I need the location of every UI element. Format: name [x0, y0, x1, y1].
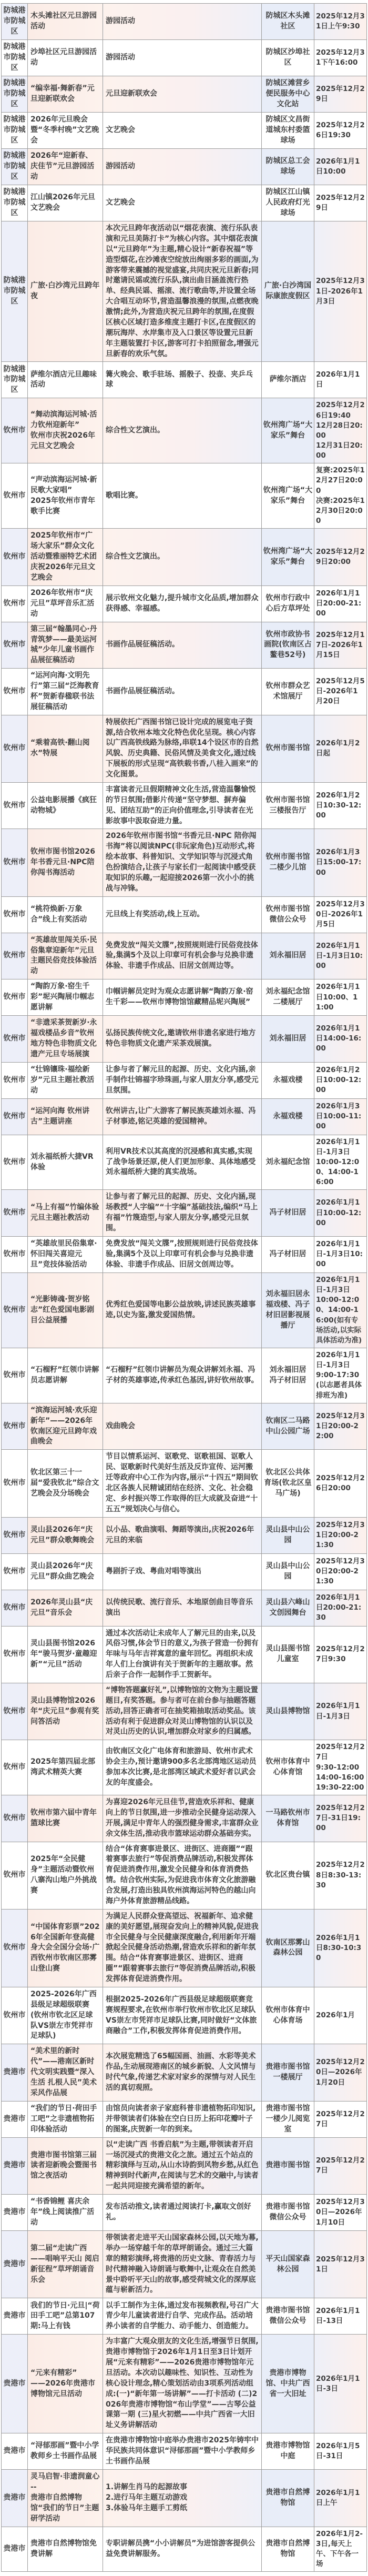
cell-region: 防城港市防城区: [2, 40, 28, 76]
cell-venue: 防城区总工会球场: [262, 149, 314, 185]
cell-content: 书画作品展征稿活动。: [103, 669, 262, 715]
cell-region: 贵港市: [2, 2137, 28, 2194]
table-row: 钦州市“乘着高铁·翻山阅水”特展特展依托广西图书馆已设计完成的展览电子资源,结合…: [2, 715, 367, 782]
cell-region: 钦州市: [2, 1683, 28, 1740]
cell-content: 免费发放“闯关文牒”,按照规则进行民俗竞技体验,集满5个及以上印章可有机会参与兑…: [103, 933, 262, 979]
cell-time: 2025年12月27日: [314, 2137, 367, 2194]
table-row: 钦州市2026年灵山县“庆元旦”音乐会以传统民歌、流行音乐、本地原创曲目等音乐演…: [2, 1590, 367, 1626]
table-row: 钦州市刘永福纸桥大捷VR体验利用VR技术以其高度的沉浸感和真实感,实现了战争场景…: [2, 1135, 367, 1190]
cell-venue: 钦州市体育中心体育场: [262, 1987, 314, 2044]
cell-content: 带领读者走进平天山国家森林公园,以天地为幕,举办一场穿越千年的草坪朗诵会。通过三…: [103, 2231, 262, 2298]
cell-title: 钦州市第六届中青年篮球比赛: [28, 1795, 103, 1842]
cell-title: 2025年第四届北部湾武术精英大赛: [28, 1740, 103, 1795]
cell-time: 2026年1月3日15:00-17:00: [314, 829, 367, 896]
cell-content: 歌唱比赛。: [103, 463, 262, 529]
cell-content: 元旦迎新联欢会: [103, 76, 262, 113]
cell-content: 利用VR技术以其高度的沉浸感和真实感,实现了战争场景还原,使人们更加形象、具体地…: [103, 1135, 262, 1190]
cell-content: 本次元旦跨年夜活动以“烟花表演、流行乐队表演和元旦美陈打卡”为核心内容。其中烟花…: [103, 221, 262, 362]
cell-time: 2026年1月1日-13日: [314, 2298, 367, 2335]
cell-venue: 钦州市行政中心后方草坪处: [262, 585, 314, 622]
cell-region: 钦州市: [2, 1795, 28, 1842]
cell-title: 木头滩社区元旦游园活动: [28, 4, 103, 40]
table-row: 钦州市“光影铸魂·贺岁铭志”红色爱国电影剧目公益展播优秀红色爱国等电影公益放映,…: [2, 1272, 367, 1348]
cell-venue: 贵港市自然博物馆: [262, 2527, 314, 2572]
events-table-body: 防城港市防城区木头滩社区元旦游园活动游园活动防城区木头滩社区2025年12月31…: [2, 4, 367, 2572]
cell-title: 2026年“迎新春、庆佳节”元旦游园活动: [28, 149, 103, 185]
table-row: 贵港市贵港市图书馆第三届读者迎新晚会暨图书馆之夜活动以“走读广西 书香启航”为主…: [2, 2137, 367, 2194]
cell-region: 钦州市: [2, 1272, 28, 1348]
cell-content: 由馆员向读者亲子家庭科普非遗植物拓印知识,并带领读者们体验在空白日历上拓印花瓣叶…: [103, 2101, 262, 2137]
cell-content: 弘扬民族传统文化,邀请钦州非遗名家进行地方特色非物质文化遗产采茶戏展演。: [103, 1016, 262, 1063]
table-row: 钦州市“英雄故里民俗集章·怀旧闯关喜迎元旦”竞技体验活动免费发放“闯关文牒”,按…: [2, 1236, 367, 1272]
cell-venue: 冯子材旧居: [262, 1236, 314, 1272]
cell-title: 沙埠社区元旦游园活动: [28, 40, 103, 76]
cell-content: 特展依托广西图书馆已设计完成的展览电子资源,结合钦州本地文化特色优化呈现。核心内…: [103, 715, 262, 782]
cell-venue: 贵港市图书馆微信公众号: [262, 2195, 314, 2231]
cell-venue: 钦州市体育中心体育馆: [262, 1740, 314, 1795]
cell-venue: 刘永福纪念馆二楼展厅: [262, 979, 314, 1016]
cell-content: 篝火晚会、歌手驻场、摇骰子、投壶、夹乒乓球: [103, 362, 262, 398]
cell-title: 公益电影展播《疯狂动物城》: [28, 782, 103, 829]
cell-time: 2025年12月30日-2026年1月5日: [314, 896, 367, 933]
table-row: 钦州市2025-2026年广西县级足球超级联赛 (钦州市钦北区足球队VS崇左市凭…: [2, 1987, 367, 2044]
cell-venue: 防城区木头滩社区: [262, 4, 314, 40]
cell-title: 2025年钦州市“广场大家乐”群众文化活动暨雅丽特艺术团庆祝2026年元旦文艺晚…: [28, 529, 103, 585]
cell-region: 防城港市防城区: [2, 221, 28, 362]
cell-region: 钦州市: [2, 529, 28, 585]
cell-title: “书香锦鲤 喜庆余年”线上阅读推广活动: [28, 2195, 103, 2231]
cell-venue: 刘永福旧居 冯子材旧居: [262, 1348, 314, 1403]
table-row: 防城港市防城区广旅·白沙湾元旦跨年夜本次元旦跨年夜活动以“烟花表演、流行乐队表演…: [2, 221, 367, 362]
cell-title: “乘着高铁·翻山阅水”特展: [28, 715, 103, 782]
cell-title: “滨海运河城·欢乐迎新年”——2026年钦南区迎元旦跨年戏曲晚会: [28, 1403, 103, 1450]
cell-content: 书画作品展征稿活动。: [103, 622, 262, 669]
cell-region: 钦州市: [2, 1098, 28, 1135]
cell-time: 2026年1月1日-1月3日 10:00-12:00、14:00-16:00: [314, 1135, 367, 1190]
cell-venue: 贵港市图书馆微信公众号: [262, 2298, 314, 2335]
cell-venue: 贵港市自然博物馆: [262, 2470, 314, 2527]
cell-time: 2025年12月27日-31日19:00: [314, 1795, 367, 1842]
cell-title: “英雄故里民俗集章·怀旧闯关喜迎元旦”竞技体验活动: [28, 1236, 103, 1272]
cell-time: 2025年12月27日 9:30-12:00 14:00-16:00 19:30…: [314, 1740, 367, 1795]
table-row: 钦州市灵山县2026年“庆元旦”群众曲艺晚会粤剧折子戏、粤曲对唱等演出灵山县中山…: [2, 1553, 367, 1590]
cell-venue: 贵港市图书馆一楼展厅: [262, 2044, 314, 2101]
cell-region: 贵港市: [2, 2195, 28, 2231]
table-row: 钦州市“运河向海 钦州讲古”主题讲座钦州讲古,让广大游客了解民族英雄刘永福、冯子…: [2, 1098, 367, 1135]
events-table: 防城港市防城区木头滩社区元旦游园活动游园活动防城区木头滩社区2025年12月31…: [1, 3, 367, 2572]
table-row: 钦州市“中国体育彩票”2026年全国新年登高健身大会全国分会场·广西钦州市钦南区…: [2, 1909, 367, 1987]
cell-title: “马上有福”竹编体验元旦主题社教活动: [28, 1190, 103, 1237]
cell-time: 2025年12月26日20:00: [314, 1450, 367, 1517]
cell-title: 我们的节日·元旦|“荷田手工吧”总第107期:马上有钱: [28, 2298, 103, 2335]
cell-region: 钦州市: [2, 1236, 28, 1272]
cell-time: 2025年12月31下午16:00: [314, 40, 367, 76]
table-row: 防城港市防城区2026年“迎新春、庆佳节”元旦游园活动游园活动防城区总工会球场2…: [2, 149, 367, 185]
cell-content: 为喜迎2026年元旦佳节,营造欢乐祥和、健康向上的节日氛围,进一步推动全民健身运…: [103, 1795, 262, 1842]
cell-content: 文艺晚会: [103, 185, 262, 221]
cell-time: 2026年1月1日20:00-21:30: [314, 1590, 367, 1626]
cell-region: 钦州市: [2, 1135, 28, 1190]
cell-title: 钦州市图书馆2026年书香元旦·NPC陪你闯书海活动: [28, 829, 103, 896]
cell-region: 贵港市: [2, 2044, 28, 2101]
cell-time: 2025年12月26日19:30: [314, 113, 367, 149]
cell-time: 2026年1月3日10:00-11:00: [314, 1098, 367, 1135]
cell-region: 钦州市: [2, 829, 28, 896]
table-row: 钦州市“桃符焕新·万象合”线上有奖活动元旦线上有奖活动,线上互动。钦州市图书馆微…: [2, 896, 367, 933]
cell-region: 钦州市: [2, 1190, 28, 1237]
cell-title: “英雄故里闯关乐·民俗集章迎新年”元旦主题民俗竞技体验活动: [28, 933, 103, 979]
cell-venue: 刘永福旧居: [262, 1016, 314, 1063]
cell-venue: 钦州市图书馆三楼报告厅: [262, 782, 314, 829]
cell-venue: 钦州市图书馆微信公众号: [262, 896, 314, 933]
cell-title: “我们的节日·荷田手工吧”之非遗植物拓印体验活动: [28, 2101, 103, 2137]
cell-title: 灵山县博物馆2026年“庆元旦”参观有奖问答活动: [28, 1683, 103, 1740]
table-row: 钦州市“壮锦镶珠·福绘新岁”元旦主题社教活动让参与者了解元旦的起源、历史、文化内…: [2, 1062, 367, 1098]
cell-region: 钦州市: [2, 1553, 28, 1590]
cell-title: 2026年灵山县“庆元旦”音乐会: [28, 1590, 103, 1626]
cell-title: “舞动滨海运河城·活力钦州迎新年” 钦州市庆祝2026年元旦文艺晚会: [28, 398, 103, 463]
cell-region: 钦州市: [2, 463, 28, 529]
table-row: 防城港市防城区“编幸福·舞新春”元旦迎新联欢会元旦迎新联欢会防城区滩营乡便民服务…: [2, 76, 367, 113]
cell-title: 贵港市图书馆第三届读者迎新晚会暨图书馆之夜活动: [28, 2137, 103, 2194]
cell-content: 为满足人民群众登高望远、祝福新年、追求健康的美好愿望,展现奋发向上的精神风貌,促…: [103, 1909, 262, 1987]
cell-region: 钦州市: [2, 896, 28, 933]
table-row: 钦州市钦州市第六届中青年篮球比赛为喜迎2026年元旦佳节,营造欢乐祥和、健康向上…: [2, 1795, 367, 1842]
cell-content: 以小品、歌曲演唱、舞蹈等演出,庆祝2026年元旦的来临: [103, 1517, 262, 1553]
cell-venue: 永福戏楼: [262, 1098, 314, 1135]
cell-title: 2026年钦州市“庆元旦”草坪音乐汇活动: [28, 585, 103, 622]
cell-title: 江山镇2026年元旦文艺晚会: [28, 185, 103, 221]
cell-content: 文艺晚会: [103, 113, 262, 149]
cell-venue: 灵山县六峰山文创园舞台: [262, 1590, 314, 1626]
cell-content: 优秀红色爱国等电影公益放映,讲述民族英雄事迹,以史为鉴,激发爱国热情。: [103, 1272, 262, 1348]
cell-content: 让参与者了解元旦的起源、历史、文化内涵,亲手制作壮锦福字珍珠画,与家人朋友分享,…: [103, 1062, 262, 1098]
cell-content: 2026年钦州市图书馆“书香元旦·NPC 陪你闯书海”将以阅读NPC(非玩家角色…: [103, 829, 262, 896]
cell-time: 2026年1月1日20:00-21:00: [314, 585, 367, 622]
cell-venue: 刘永福旧居永福戏楼、冯子材旧居影视展播厅: [262, 1272, 314, 1348]
table-row: 贵港市“元来有精彩” ——2026年贵港市博物馆元旦活动为丰富广大观众朋友的文化…: [2, 2335, 367, 2433]
table-row: 钦州市2025年钦州市“广场大家乐”群众文化活动暨雅丽特艺术团庆祝2026年元旦…: [2, 529, 367, 585]
table-row: 钦州市“舞动滨海运河城·活力钦州迎新年” 钦州市庆祝2026年元旦文艺晚会综合性…: [2, 398, 367, 463]
table-row: 钦州市“运河向海·文明先行”第三届“泛海教育杯”贺新春楹联书法展征稿活动书画作品…: [2, 669, 367, 715]
cell-region: 钦州市: [2, 1740, 28, 1795]
cell-venue: 防城区滩营乡便民服务中心文化站: [262, 76, 314, 113]
cell-venue: 钦北区贵台镇: [262, 1842, 314, 1909]
table-row: 钦州市钦州市图书馆2026年书香元旦·NPC陪你闯书海活动2026年钦州市图书馆…: [2, 829, 367, 896]
cell-time: 2025年12月31日-2026年1月3日: [314, 221, 367, 362]
table-row: 防城港市防城区沙埠社区元旦游园活动游园活动防城区沙埠社区2025年12月31下午…: [2, 40, 367, 76]
cell-venue: 钦州湾广场“大家乐”舞台: [262, 463, 314, 529]
cell-venue: 钦北区公共体育场(钦北区皇马广场): [262, 1450, 314, 1517]
cell-content: 专职讲解员携“小小讲解员”为进馆游客提供公益免费讲解服务。: [103, 2527, 262, 2572]
table-row: 钦州市2025年“全民健身”主题活动暨钦州八寨沟山地户外挑战赛结合“体育赛事进景…: [2, 1842, 367, 1909]
cell-venue: 防城区江山镇人民政府灯光球场: [262, 185, 314, 221]
cell-venue: 贵港市图书馆一楼少儿阅览室: [262, 2101, 314, 2137]
cell-venue: 灵山县博物馆: [262, 1683, 314, 1740]
cell-venue: 防城区沙埠社区: [262, 40, 314, 76]
cell-venue: 灵山县图书馆儿童室: [262, 1626, 314, 1683]
cell-content: 以手工制作为主体,通过发布视频教程,号召广大青少年儿童读者进行自学、完成作品。活…: [103, 2298, 262, 2335]
cell-venue: 贵港市博物馆中庭: [262, 2433, 314, 2470]
cell-venue: 广旅·白沙湾国际康旅度假区: [262, 221, 314, 362]
cell-region: 贵港市: [2, 2231, 28, 2298]
cell-venue: 钦南区那雾山森林公园: [262, 1909, 314, 1987]
cell-region: 钦州市: [2, 1909, 28, 1987]
cell-region: 钦州市: [2, 1626, 28, 1683]
cell-title: “光影铸魂·贺岁铭志”红色爱国电影剧目公益展播: [28, 1272, 103, 1348]
table-row: 钦州市第三届“翰墨同心·丹青筑梦——最美运河城”少年儿童书画作品展征稿活动书画作…: [2, 622, 367, 669]
cell-content: 游园活动: [103, 149, 262, 185]
table-row: 贵港市我们的节日·元旦|“荷田手工吧”总第107期:马上有钱以手工制作为主体,通…: [2, 2298, 367, 2335]
cell-content: 根据2025-2026年广西县级足球超级联赛竞赛规程要求,在钦州市举行钦州市钦北…: [103, 1987, 262, 2044]
cell-time: 2025年12月29日20:00: [314, 529, 367, 585]
cell-content: 戏曲晚会: [103, 1403, 262, 1450]
cell-title: “编幸福·舞新春”元旦迎新联欢会: [28, 76, 103, 113]
cell-content: 节目以情系运河、讴歌党、讴歌祖国、讴歌人民、讴歌新时代美好生活及反诈宣传、运河搬…: [103, 1450, 262, 1517]
cell-time: 2026年1月2日起: [314, 715, 367, 782]
cell-title: 2026年元旦晚会暨“冬季村晚”文艺晚会: [28, 113, 103, 149]
cell-title: 第三届“翰墨同心·丹青筑梦——最美运河城”少年儿童书画作品展征稿活动: [28, 622, 103, 669]
cell-content: 钦州讲古,让广大游客了解民族英雄刘永福、冯子材事迹,铭记英雄的爱国精神。: [103, 1098, 262, 1135]
cell-title: “运河向海·文明先行”第三届“泛海教育杯”贺新春楹联书法展征稿活动: [28, 669, 103, 715]
cell-content: “石榴籽”红领巾讲解员为观众讲解刘永福、冯子材的英雄事迹,传承红色基因,讲好钦州…: [103, 1348, 262, 1403]
cell-region: 贵港市: [2, 2470, 28, 2527]
cell-content: 在贵港市博物馆中庭举办贵港市2025年铸牢中华民族共同体意识“浔郁那画”暨中小学…: [103, 2433, 262, 2470]
cell-content: 综合性文艺演出。: [103, 529, 262, 585]
table-row: 防城港市防城区木头滩社区元旦游园活动游园活动防城区木头滩社区2025年12月31…: [2, 4, 367, 40]
cell-time: 2025年12月31日20:00-22:00: [314, 1403, 367, 1450]
cell-region: 防城港市防城区: [2, 113, 28, 149]
cell-region: 钦州市: [2, 622, 28, 669]
cell-region: 钦州市: [2, 1348, 28, 1403]
cell-time: 2025年12月27日: [314, 2101, 367, 2137]
cell-time: 2026年1月1日-1月3日10:00: [314, 933, 367, 979]
cell-venue: 萨维尔酒店: [262, 362, 314, 398]
cell-content: 展示钦州文化魅力,提升城市文化品质,增加群众获得感、幸福感。: [103, 585, 262, 622]
cell-time: 2025年12月26日19:40 12月28日20:00 12月31日20:00: [314, 398, 367, 463]
cell-content: 让参与者了解元旦的起源、历史、文化内涵,现场教授“人字编”“十字编”基础技法,编…: [103, 1190, 262, 1237]
cell-title: “美术里的新时代”——港南区新时代文明实践暨“深入生活 扎根人民”美术采风作品展: [28, 2044, 103, 2101]
table-row: 贵港市“浔郁那画”暨中小学教师乡土书画作品展在贵港市博物馆中庭举办贵港市2025…: [2, 2433, 367, 2470]
cell-title: 灵山县图书馆2026年“骏马贺岁·童趣迎新”“元旦”活动: [28, 1626, 103, 1683]
cell-venue: 刘永福纪念馆: [262, 1135, 314, 1190]
table-row: 钦州市“陶韵万象·窑生千彩”坭兴陶展巾帼志愿讲解巾帼讲解员定时为观众志愿讲解“陶…: [2, 979, 367, 1016]
cell-title: 贵港市自然博物馆免费讲解: [28, 2527, 103, 2572]
cell-time: 2025年12月31日: [314, 2231, 367, 2298]
cell-region: 钦州市: [2, 669, 28, 715]
table-row: 贵港市“书香锦鲤 喜庆余年”线上阅读推广活动发布活动推文,读者通过阅读打卡,赢取…: [2, 2195, 367, 2231]
table-row: 钦州市“滨海运河城·欢乐迎新年”——2026年钦南区迎元旦跨年戏曲晚会戏曲晚会钦…: [2, 1403, 367, 1450]
cell-region: 钦州市: [2, 1016, 28, 1063]
cell-content: 1.讲解生肖马的起源故事 2.进行马年主题互动游戏 3.体验马年主题手工剪纸: [103, 2470, 262, 2527]
cell-time: 2026年1月5日-31日: [314, 2433, 367, 2470]
cell-title: “运河向海 钦州讲古”主题讲座: [28, 1098, 103, 1135]
cell-time: 2025年12月29日: [314, 76, 367, 113]
cell-title: “桃符焕新·万象合”线上有奖活动: [28, 896, 103, 933]
table-row: 钦州市“石榴籽”红领巾讲解员志愿讲解“石榴籽”红领巾讲解员为观众讲解刘永福、冯子…: [2, 1348, 367, 1403]
cell-region: 贵港市: [2, 2101, 28, 2137]
cell-title: “中国体育彩票”2026年全国新年登高健身大会全国分会场·广西钦州市钦南区那雾山…: [28, 1909, 103, 1987]
cell-title: “浔郁那画”暨中小学教师乡土书画作品展: [28, 2433, 103, 2470]
cell-time: 2026年1月1日-1月3日10:00: [314, 1236, 367, 1272]
table-row: 贵港市“美术里的新时代”——港南区新时代文明实践暨“深入生活 扎根人民”美术采风…: [2, 2044, 367, 2101]
cell-time: 2026年1月1日-1月3日 9:00-17:30(以志愿者具体排班为准): [314, 1348, 367, 1403]
cell-region: 防城港市防城区: [2, 149, 28, 185]
table-row: 钦州市2025年第四届北部湾武术精英大赛由钦南区文化广电体育和旅游局、钦州市武术…: [2, 1740, 367, 1795]
table-row: 防城港市防城区2026年元旦晚会暨“冬季村晚”文艺晚会文艺晚会防城区文昌街道城东…: [2, 113, 367, 149]
table-row: 钦州市灵山县博物馆2026年“庆元旦”参观有奖问答活动“博物答题赢好礼”,以博物…: [2, 1683, 367, 1740]
cell-time: 2025年12月31日20:00-21:30: [314, 1517, 367, 1553]
cell-venue: 一马路钦州市体育馆: [262, 1795, 314, 1842]
cell-region: 钦州市: [2, 1590, 28, 1626]
cell-time: 2026年1月1日10:00、11:00: [314, 979, 367, 1016]
cell-title: 灵马启智·非遗润童心 -- 贵港市自然博物馆“我们的节日”主题研学活动: [28, 2470, 103, 2527]
cell-time: 2025年12月31日上午9:30: [314, 4, 367, 40]
cell-venue: 钦州市图书馆二楼少儿馆: [262, 829, 314, 896]
cell-content: 游园活动: [103, 4, 262, 40]
cell-content: 以传统民歌、流行音乐、本地原创曲目等音乐演出: [103, 1590, 262, 1626]
cell-content: 综合性文艺演出。: [103, 398, 262, 463]
cell-region: 钦州市: [2, 979, 28, 1016]
table-row: 钦州市“英雄故里闯关乐·民俗集章迎新年”元旦主题民俗竞技体验活动免费发放“闯关文…: [2, 933, 367, 979]
cell-venue: 防城区文昌街道城东村委篮球场: [262, 113, 314, 149]
cell-title: 钦北区第三十一届“爱我钦北”综合文艺晚会及分场晚会: [28, 1450, 103, 1517]
cell-content: 丰富读者元旦假期精神文化生活,营造温馨愉悦的节日氛围;借影片传递“坚守梦想、摒弃…: [103, 782, 262, 829]
cell-time: 2026年1月1日-3日: [314, 2335, 367, 2433]
cell-time: 2025年12月30日20:00-21:30: [314, 1553, 367, 1590]
cell-content: 游园活动: [103, 40, 262, 76]
cell-time: 2026年1月1日10:00-12:00: [314, 1190, 367, 1237]
cell-time: 2026年1月1日上午: [314, 2470, 367, 2527]
cell-venue: 钦州市群众艺术馆展厅: [262, 669, 314, 715]
cell-time: 复赛:2025年12月27日20:00 决赛:2025年12月30日20:00: [314, 463, 367, 529]
events-schedule-page: 防城港市防城区木头滩社区元旦游园活动游园活动防城区木头滩社区2025年12月31…: [0, 0, 368, 2576]
cell-content: 本次展览精选了65幅国画、油画、水彩等美术作品,生动展现港南区的城乡新貌、人文风…: [103, 2044, 262, 2101]
table-row: 钦州市“声动滨海运河城·新民歌大家唱” 2025年钦州市青年歌手比赛歌唱比赛。钦…: [2, 463, 367, 529]
cell-time: 2026年1月1日: [314, 362, 367, 398]
cell-content: 发布活动推文,读者通过阅读打卡,赢取文创好礼。: [103, 2195, 262, 2231]
cell-time: 2026年1月: [314, 1987, 367, 2044]
table-row: 钦州市公益电影展播《疯狂动物城》丰富读者元旦假期精神文化生活,营造温馨愉悦的节日…: [2, 782, 367, 829]
cell-region: 贵港市: [2, 2335, 28, 2433]
table-row: 钦州市2026年钦州市“庆元旦”草坪音乐汇活动展示钦州文化魅力,提升城市文化品质…: [2, 585, 367, 622]
cell-venue: 贵港市博物馆、中共广西省一大旧址: [262, 2335, 314, 2433]
cell-region: 钦州市: [2, 1450, 28, 1517]
cell-time: 2026年1月1日14:00-16:00: [314, 1016, 367, 1063]
cell-title: “石榴籽”红领巾讲解员志愿讲解: [28, 1348, 103, 1403]
cell-content: 由钦南区文化广电体育和旅游局、钦州市武术协会主办,预计邀请900多名北部湾地区运…: [103, 1740, 262, 1795]
cell-region: 钦州市: [2, 585, 28, 622]
cell-content: 通过本次活动让未成年人了解元旦的由来,以及风俗习惯,体会节日的意义,为孩子营造一…: [103, 1626, 262, 1683]
table-row: 钦州市钦北区第三十一届“爱我钦北”综合文艺晚会及分场晚会节目以情系运河、讴歌党、…: [2, 1450, 367, 1517]
cell-content: “博物答题赢好礼”,以博物馆的文物为主题设置题目,有奖答题。参与者可在前台参与抽…: [103, 1683, 262, 1740]
cell-title: “陶韵万象·窑生千彩”坭兴陶展巾帼志愿讲解: [28, 979, 103, 1016]
cell-title: 2025年“全民健身”主题活动暨钦州八寨沟山地户外挑战赛: [28, 1842, 103, 1909]
cell-title: 刘永福纸桥大捷VR体验: [28, 1135, 103, 1190]
cell-time: 2026年1月1日8:30-10:30: [314, 1909, 367, 1987]
cell-region: 防城港市防城区: [2, 4, 28, 40]
cell-region: 防城港市防城区: [2, 76, 28, 113]
table-row: 贵港市“我们的节日·荷田手工吧”之非遗植物拓印体验活动由馆员向读者亲子家庭科普非…: [2, 2101, 367, 2137]
cell-region: 钦州市: [2, 1062, 28, 1098]
cell-content: 免费发放“闯关文牒”,按照规则进行民俗竞技体验,集满5个及以上印章可有机会参与兑…: [103, 1236, 262, 1272]
cell-venue: 平天山国家森林公园: [262, 2231, 314, 2298]
cell-region: 钦州市: [2, 782, 28, 829]
cell-content: 粤剧折子戏、粤曲对唱等演出: [103, 1553, 262, 1590]
cell-time: 2026年1月2日10:00-12:00: [314, 1062, 367, 1098]
table-row: 防城港市防城区江山镇2026年元旦文艺晚会文艺晚会防城区江山镇人民政府灯光球场2…: [2, 185, 367, 221]
cell-title: 第二届“走读广西 ——唱响平天山 阅启新征程”草坪朗诵音乐会: [28, 2231, 103, 2298]
cell-region: 贵港市: [2, 2527, 28, 2572]
cell-region: 贵港市: [2, 2433, 28, 2470]
cell-region: 钦州市: [2, 1987, 28, 2044]
cell-venue: 永福戏楼: [262, 1062, 314, 1098]
cell-venue: 刘永福旧居: [262, 933, 314, 979]
cell-title: “壮锦镶珠·福绘新岁”元旦主题社教活动: [28, 1062, 103, 1098]
cell-content: 为丰富广大观众朋友的文化生活,增强节日氛围,贵港市博物馆于2026年1月1日至3…: [103, 2335, 262, 2433]
table-row: 贵港市灵马启智·非遗润童心 -- 贵港市自然博物馆“我们的节日”主题研学活动1.…: [2, 2470, 367, 2527]
cell-region: 防城港市防城区: [2, 185, 28, 221]
cell-venue: 钦州湾广场“大家乐”舞台: [262, 398, 314, 463]
cell-time: 2026年1月1日10:00: [314, 149, 367, 185]
table-row: 贵港市贵港市自然博物馆免费讲解专职讲解员携“小小讲解员”为进馆游客提供公益免费讲…: [2, 2527, 367, 2572]
cell-region: 钦州市: [2, 933, 28, 979]
cell-region: 贵港市: [2, 2298, 28, 2335]
cell-title: 灵山县2026年“庆元旦”群众歌舞晚会: [28, 1517, 103, 1553]
cell-content: 元旦线上有奖活动,线上互动。: [103, 896, 262, 933]
cell-time: 2025年12月27日9:30: [314, 1626, 367, 1683]
cell-venue: 灵山县中山公园: [262, 1517, 314, 1553]
cell-time: 2025年12月30日—2026年1月10日: [314, 2195, 367, 2231]
table-row: 钦州市“马上有福”竹编体验元旦主题社教活动让参与者了解元旦的起源、历史、文化内涵…: [2, 1190, 367, 1237]
cell-region: 防城港市防城区: [2, 362, 28, 398]
cell-title: 2025-2026年广西县级足球超级联赛 (钦州市钦北区足球队VS崇左市凭祥市足…: [28, 1987, 103, 2044]
cell-time: 2026年1月1日-1月3日: [314, 1683, 367, 1740]
cell-title: “元来有精彩” ——2026年贵港市博物馆元旦活动: [28, 2335, 103, 2433]
cell-content: 巾帼讲解员定时为观众志愿讲解“陶韵万象·窑生千彩——钦州市博物馆馆藏精品坭兴陶展…: [103, 979, 262, 1016]
table-row: 钦州市“非遗采茶贺新岁·永福戏楼品乡音”钦州地方特色非物质文化遗产元旦专场展演弘…: [2, 1016, 367, 1063]
cell-venue: 冯子材旧居: [262, 1190, 314, 1237]
cell-title: 灵山县2026年“庆元旦”群众曲艺晚会: [28, 1553, 103, 1590]
table-row: 钦州市灵山县2026年“庆元旦”群众歌舞晚会以小品、歌曲演唱、舞蹈等演出,庆祝2…: [2, 1517, 367, 1553]
cell-title: “非遗采茶贺新岁·永福戏楼品乡音”钦州地方特色非物质文化遗产元旦专场展演: [28, 1016, 103, 1063]
cell-region: 钦州市: [2, 1403, 28, 1450]
table-row: 贵港市第二届“走读广西 ——唱响平天山 阅启新征程”草坪朗诵音乐会带领读者走进平…: [2, 2231, 367, 2298]
cell-time: 2025年12月29日: [314, 185, 367, 221]
cell-region: 钦州市: [2, 715, 28, 782]
cell-venue: 贵港市图书馆: [262, 2137, 314, 2194]
cell-time: 2025年12月28日8:30-13:30: [314, 1842, 367, 1909]
cell-title: 广旅·白沙湾元旦跨年夜: [28, 221, 103, 362]
cell-venue: 钦州市图书馆: [262, 715, 314, 782]
cell-content: 结合“体育赛事进景区、进街区、进商圈”“跟着赛事去旅行”等促消费品牌活动,积极发…: [103, 1842, 262, 1909]
cell-title: “声动滨海运河城·新民歌大家唱” 2025年钦州市青年歌手比赛: [28, 463, 103, 529]
cell-title: 萨维尔酒店元旦趣味活动: [28, 362, 103, 398]
cell-venue: 灵山县中山公园: [262, 1553, 314, 1590]
cell-content: 以“走读广西 书香启航”为主题,带领读者开启一场沉浸式的贵港文化之旅。通过五个站…: [103, 2137, 262, 2194]
cell-venue: 钦州市政协书画院(钦南区占鳌巷52号): [262, 622, 314, 669]
cell-time: 2026年1月1日-1月3日 10:00-12:00、14:00-16:00(如…: [314, 1272, 367, 1348]
cell-venue: 钦南区二马路中山公园广场: [262, 1403, 314, 1450]
table-row: 防城港市防城区萨维尔酒店元旦趣味活动篝火晚会、歌手驻场、摇骰子、投壶、夹乒乓球萨…: [2, 362, 367, 398]
cell-region: 钦州市: [2, 398, 28, 463]
cell-region: 钦州市: [2, 1517, 28, 1553]
cell-region: 钦州市: [2, 1842, 28, 1909]
cell-time: 2025年12月20日—2026年1月20日: [314, 2044, 367, 2101]
cell-time: 2026年1月2日10:30-12:00: [314, 782, 367, 829]
cell-time: 2025年12月5日-2026年1月20日: [314, 669, 367, 715]
cell-time: 2026年1月2-3日,每天上午、下午各一场: [314, 2527, 367, 2572]
